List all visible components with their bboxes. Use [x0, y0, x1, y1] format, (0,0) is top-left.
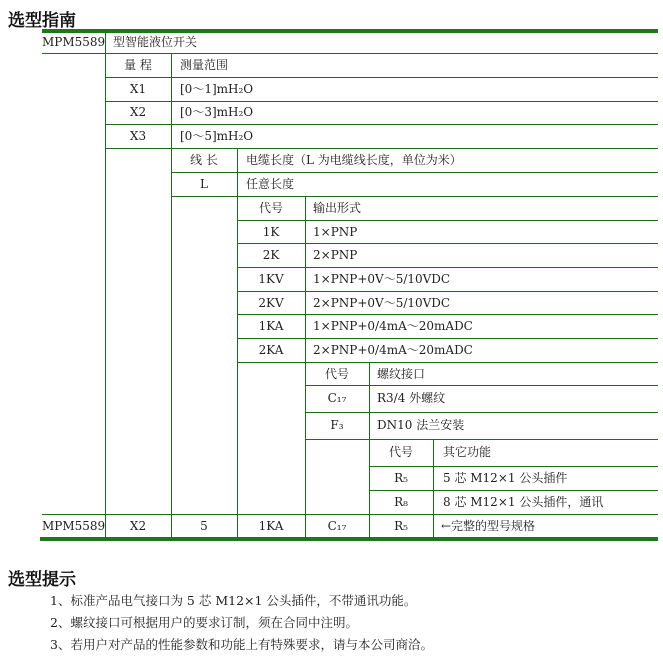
model-desc: 型智能液位开关	[113, 34, 197, 50]
thread-header-code: 代号	[305, 366, 369, 382]
example-thread: C₁₇	[305, 518, 369, 534]
model-code: MPM5589	[42, 34, 105, 50]
output-code: 1KV	[237, 271, 305, 287]
row-divider	[237, 243, 658, 244]
example-output: 1KA	[237, 518, 305, 534]
row-divider	[305, 385, 658, 386]
thread-code: F₃	[305, 417, 369, 433]
tip-item: 3、若用户对产品的性能参数和功能上有特殊要求，请与本公司商洽。	[50, 637, 433, 653]
row-divider	[305, 412, 658, 413]
col-divider	[433, 439, 434, 539]
heading-selection-tips: 选型提示	[8, 565, 76, 590]
output-desc: 1×PNP	[313, 224, 357, 240]
thread-desc: R3/4 外螺纹	[377, 390, 445, 406]
row-divider	[105, 148, 658, 149]
row-divider	[42, 53, 658, 54]
row-divider	[237, 220, 658, 221]
cable-header-desc: 电缆长度（L 为电缆线长度，单位为米）	[246, 152, 462, 168]
row-divider	[105, 101, 658, 102]
row-divider	[237, 291, 658, 292]
function-code: R₈	[369, 494, 433, 510]
cable-desc: 任意长度	[246, 176, 294, 192]
row-divider	[237, 338, 658, 339]
tip-item: 2、螺纹接口可根据用户的要求订制，须在合同中注明。	[50, 615, 358, 631]
example-function: R₅	[369, 518, 433, 534]
cable-code: L	[171, 176, 237, 192]
row-divider	[105, 77, 658, 78]
row-divider	[105, 124, 658, 125]
output-code: 2KA	[237, 342, 305, 358]
example-model: MPM5589	[42, 518, 105, 534]
output-header-desc: 输出形式	[313, 200, 361, 216]
row-divider	[369, 466, 658, 467]
output-code: 2KV	[237, 295, 305, 311]
example-cable: 5	[171, 518, 237, 534]
function-header-code: 代号	[369, 444, 433, 460]
function-desc: 5 芯 M12×1 公头插件	[443, 470, 567, 486]
row-divider	[237, 267, 658, 268]
output-desc: 2×PNP+0/4mA～20mADC	[313, 342, 473, 358]
table-bottom-border	[40, 537, 658, 541]
range-desc: [0～1]mH₂O	[180, 81, 253, 97]
table-top-border	[42, 29, 658, 33]
tip-item: 1、标准产品电气接口为 5 芯 M12×1 公头插件，不带通讯功能。	[50, 593, 416, 609]
output-code: 1KA	[237, 318, 305, 334]
output-desc: 1×PNP+0V～5/10VDC	[313, 271, 450, 287]
row-divider	[369, 490, 658, 491]
range-code: X2	[105, 104, 171, 120]
thread-code: C₁₇	[305, 390, 369, 406]
range-code: X1	[105, 81, 171, 97]
thread-desc: DN10 法兰安装	[377, 417, 464, 433]
range-header-code: 量 程	[105, 57, 171, 73]
cable-header-code: 线 长	[171, 152, 237, 168]
heading-selection-guide: 选型指南	[8, 6, 76, 31]
example-note: ←完整的型号规格	[441, 518, 535, 534]
output-code: 1K	[237, 224, 305, 240]
function-desc: 8 芯 M12×1 公头插件，通讯	[443, 494, 603, 510]
output-desc: 2×PNP+0V～5/10VDC	[313, 295, 450, 311]
row-divider	[42, 514, 658, 515]
function-header-desc: 其它功能	[443, 444, 491, 460]
output-desc: 1×PNP+0/4mA～20mADC	[313, 318, 473, 334]
example-range: X2	[105, 518, 171, 534]
range-desc: [0～5]mH₂O	[180, 128, 253, 144]
row-divider	[171, 172, 658, 173]
row-divider	[237, 362, 658, 363]
row-divider	[305, 439, 658, 440]
range-code: X3	[105, 128, 171, 144]
function-code: R₅	[369, 470, 433, 486]
thread-header-desc: 螺纹接口	[377, 366, 425, 382]
range-header-desc: 测量范围	[180, 57, 228, 73]
output-desc: 2×PNP	[313, 247, 357, 263]
col-divider	[171, 53, 172, 539]
row-divider	[237, 314, 658, 315]
output-header-code: 代号	[237, 200, 305, 216]
range-desc: [0～3]mH₂O	[180, 104, 253, 120]
row-divider	[171, 196, 658, 197]
output-code: 2K	[237, 247, 305, 263]
